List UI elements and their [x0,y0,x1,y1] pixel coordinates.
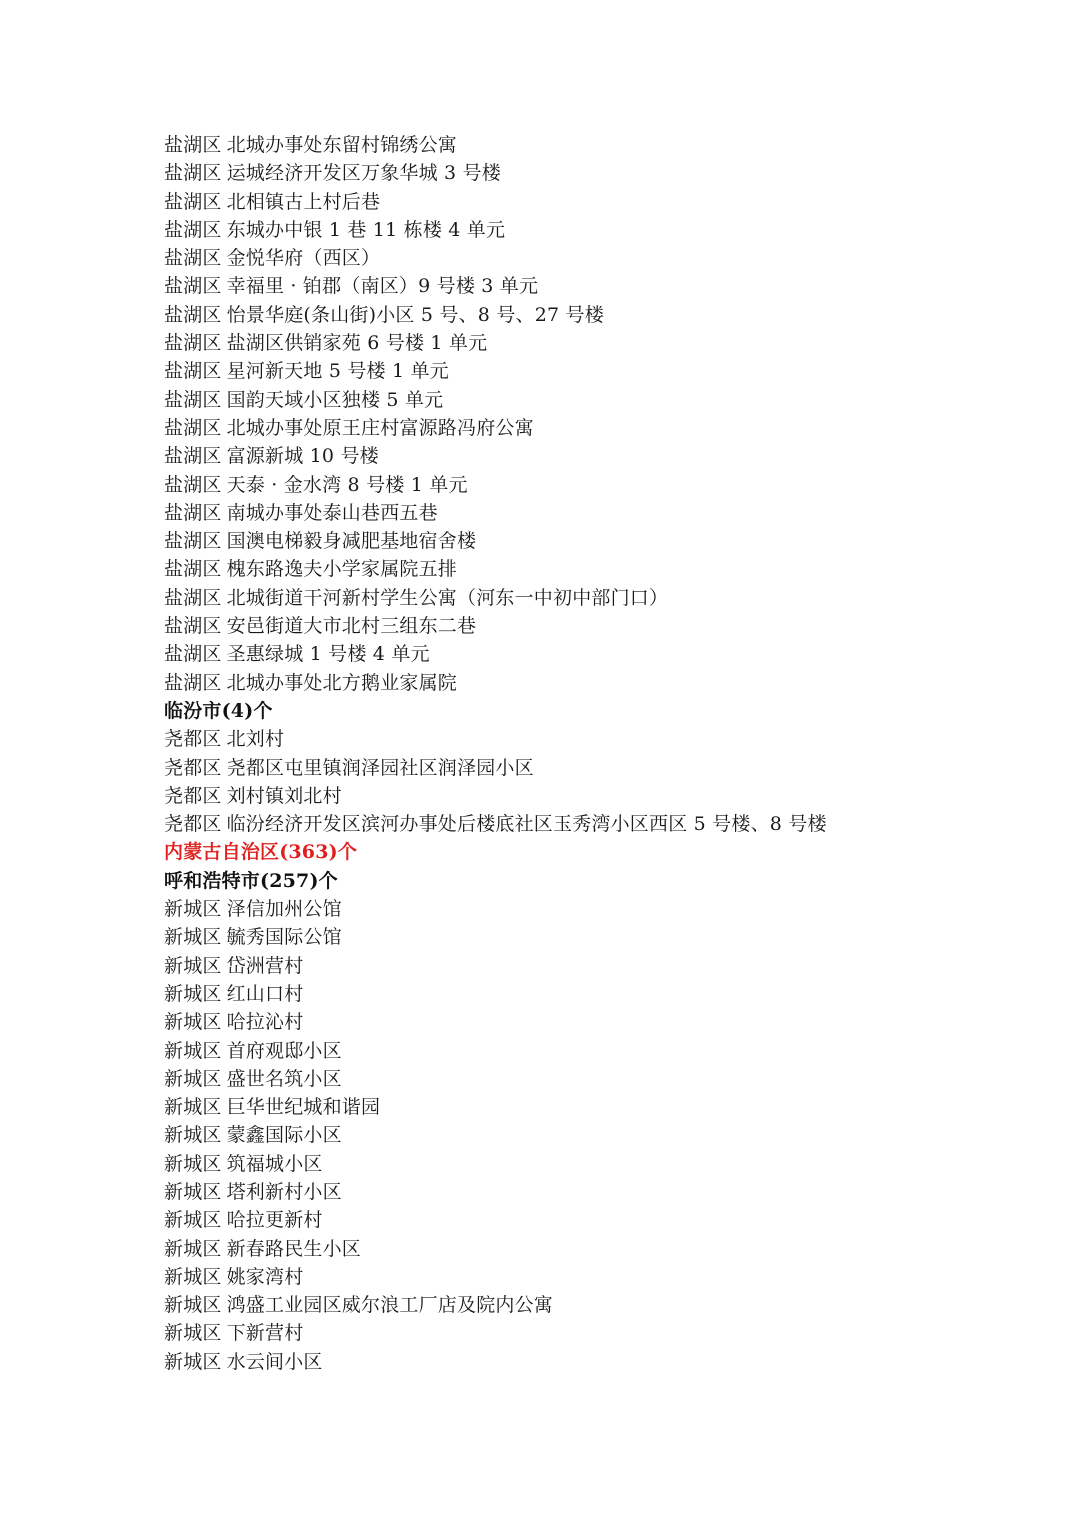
address-text: 刘村镇刘北村 [227,785,342,807]
district-name: 新城区 [164,1037,219,1065]
list-item: 新城区巨华世纪城和谐园 [164,1093,1044,1121]
address-text: 尧都区屯里镇润泽园社区润泽园小区 [227,757,534,779]
district-name: 盐湖区 [164,584,219,612]
district-name: 盐湖区 [164,612,219,640]
district-name: 盐湖区 [164,442,219,470]
list-item: 盐湖区安邑街道大市北村三组东二巷 [164,612,1044,640]
district-name: 盐湖区 [164,357,219,385]
district-name: 盐湖区 [164,471,219,499]
address-text: 北城街道干河新村学生公寓（河东一中初中部门口） [227,587,669,609]
address-text: 塔利新村小区 [227,1181,342,1203]
district-name: 新城区 [164,1348,219,1376]
district-name: 盐湖区 [164,386,219,414]
list-item: 新城区红山口村 [164,980,1044,1008]
list-item: 盐湖区北城办事处北方鹅业家属院 [164,669,1044,697]
district-name: 新城区 [164,1121,219,1149]
address-text: 北城办事处北方鹅业家属院 [227,672,457,694]
district-name: 新城区 [164,895,219,923]
list-item: 盐湖区富源新城 10 号楼 [164,442,1044,470]
address-text: 北相镇古上村后巷 [227,191,381,213]
district-name: 盐湖区 [164,301,219,329]
list-item: 新城区首府观邸小区 [164,1037,1044,1065]
list-item: 盐湖区幸福里 · 铂郡（南区）9 号楼 3 单元 [164,272,1044,300]
list-item: 新城区新春路民生小区 [164,1235,1044,1263]
district-name: 新城区 [164,1235,219,1263]
address-text: 国澳电梯毅身减肥基地宿舍楼 [227,530,477,552]
district-name: 盐湖区 [164,244,219,272]
district-name: 盐湖区 [164,640,219,668]
address-text: 哈拉更新村 [227,1209,323,1231]
list-item: 尧都区尧都区屯里镇润泽园社区润泽园小区 [164,754,1044,782]
document-page: 盐湖区北城办事处东留村锦绣公寓 盐湖区运城经济开发区万象华城 3 号楼 盐湖区北… [164,131,1044,1376]
address-text: 首府观邸小区 [227,1040,342,1062]
district-name: 盐湖区 [164,159,219,187]
list-item: 新城区盛世名筑小区 [164,1065,1044,1093]
address-text: 新春路民生小区 [227,1238,361,1260]
list-item: 新城区毓秀国际公馆 [164,923,1044,951]
list-item: 盐湖区国韵天域小区独楼 5 单元 [164,386,1044,414]
district-name: 新城区 [164,1093,219,1121]
district-name: 新城区 [164,980,219,1008]
address-text: 北城办事处东留村锦绣公寓 [227,134,457,156]
district-name: 盐湖区 [164,499,219,527]
list-item: 新城区鸿盛工业园区威尔浪工厂店及院内公寓 [164,1291,1044,1319]
address-text: 盐湖区供销家苑 6 号楼 1 单元 [227,332,488,354]
list-item: 新城区筑福城小区 [164,1150,1044,1178]
list-item: 盐湖区星河新天地 5 号楼 1 单元 [164,357,1044,385]
district-name: 盐湖区 [164,527,219,555]
district-name: 盐湖区 [164,272,219,300]
address-text: 安邑街道大市北村三组东二巷 [227,615,477,637]
address-text: 岱洲营村 [227,955,304,977]
address-text: 水云间小区 [227,1351,323,1373]
list-item: 盐湖区北城办事处原王庄村富源路冯府公寓 [164,414,1044,442]
address-text: 北城办事处原王庄村富源路冯府公寓 [227,417,534,439]
address-text: 幸福里 · 铂郡（南区）9 号楼 3 单元 [227,275,539,297]
district-name: 尧都区 [164,782,219,810]
list-item: 盐湖区怡景华庭(条山街)小区 5 号、8 号、27 号楼 [164,301,1044,329]
address-text: 巨华世纪城和谐园 [227,1096,381,1118]
district-name: 新城区 [164,1263,219,1291]
list-item: 新城区泽信加州公馆 [164,895,1044,923]
list-item: 盐湖区金悦华府（西区） [164,244,1044,272]
address-text: 临汾经济开发区滨河办事处后楼底社区玉秀湾小区西区 5 号楼、8 号楼 [227,813,827,835]
district-name: 尧都区 [164,754,219,782]
address-text: 毓秀国际公馆 [227,926,342,948]
list-item: 新城区哈拉沁村 [164,1008,1044,1036]
district-name: 盐湖区 [164,555,219,583]
district-name: 盐湖区 [164,669,219,697]
address-text: 姚家湾村 [227,1266,304,1288]
address-text: 圣惠绿城 1 号楼 4 单元 [227,643,430,665]
city-heading: 呼和浩特市(257)个 [164,867,1044,895]
list-item: 新城区塔利新村小区 [164,1178,1044,1206]
address-text: 泽信加州公馆 [227,898,342,920]
district-name: 盐湖区 [164,216,219,244]
district-name: 尧都区 [164,810,219,838]
list-item: 新城区下新营村 [164,1319,1044,1347]
district-name: 新城区 [164,1150,219,1178]
address-text: 槐东路逸夫小学家属院五排 [227,558,457,580]
list-item: 新城区哈拉更新村 [164,1206,1044,1234]
district-name: 尧都区 [164,725,219,753]
address-text: 怡景华庭(条山街)小区 5 号、8 号、27 号楼 [227,304,604,326]
address-text: 鸿盛工业园区威尔浪工厂店及院内公寓 [227,1294,553,1316]
list-item: 尧都区北刘村 [164,725,1044,753]
province-heading: 内蒙古自治区(363)个 [164,838,1044,866]
address-text: 南城办事处泰山巷西五巷 [227,502,438,524]
list-item: 盐湖区盐湖区供销家苑 6 号楼 1 单元 [164,329,1044,357]
address-text: 哈拉沁村 [227,1011,304,1033]
list-item: 新城区蒙鑫国际小区 [164,1121,1044,1149]
list-item: 盐湖区北城街道干河新村学生公寓（河东一中初中部门口） [164,584,1044,612]
address-text: 蒙鑫国际小区 [227,1124,342,1146]
address-text: 国韵天域小区独楼 5 单元 [227,389,444,411]
list-item: 盐湖区槐东路逸夫小学家属院五排 [164,555,1044,583]
list-item: 盐湖区国澳电梯毅身减肥基地宿舍楼 [164,527,1044,555]
list-item: 新城区水云间小区 [164,1348,1044,1376]
list-item: 新城区姚家湾村 [164,1263,1044,1291]
address-text: 盛世名筑小区 [227,1068,342,1090]
list-item: 盐湖区天泰 · 金水湾 8 号楼 1 单元 [164,471,1044,499]
district-name: 新城区 [164,1065,219,1093]
address-text: 运城经济开发区万象华城 3 号楼 [227,162,501,184]
list-item: 盐湖区东城办中银 1 巷 11 栋楼 4 单元 [164,216,1044,244]
list-item: 尧都区临汾经济开发区滨河办事处后楼底社区玉秀湾小区西区 5 号楼、8 号楼 [164,810,1044,838]
address-text: 东城办中银 1 巷 11 栋楼 4 单元 [227,219,506,241]
district-name: 盐湖区 [164,188,219,216]
district-name: 盐湖区 [164,131,219,159]
district-name: 新城区 [164,1319,219,1347]
district-name: 盐湖区 [164,414,219,442]
city-heading: 临汾市(4)个 [164,697,1044,725]
address-text: 金悦华府（西区） [227,247,381,269]
address-text: 星河新天地 5 号楼 1 单元 [227,360,449,382]
address-text: 红山口村 [227,983,304,1005]
address-text: 下新营村 [227,1322,304,1344]
district-name: 新城区 [164,1178,219,1206]
district-name: 新城区 [164,1008,219,1036]
address-text: 筑福城小区 [227,1153,323,1175]
list-item: 盐湖区北相镇古上村后巷 [164,188,1044,216]
district-name: 新城区 [164,1206,219,1234]
list-item: 盐湖区北城办事处东留村锦绣公寓 [164,131,1044,159]
district-name: 新城区 [164,952,219,980]
district-name: 新城区 [164,1291,219,1319]
list-item: 盐湖区运城经济开发区万象华城 3 号楼 [164,159,1044,187]
district-name: 盐湖区 [164,329,219,357]
district-name: 新城区 [164,923,219,951]
list-item: 盐湖区圣惠绿城 1 号楼 4 单元 [164,640,1044,668]
list-item: 新城区岱洲营村 [164,952,1044,980]
address-text: 天泰 · 金水湾 8 号楼 1 单元 [227,474,468,496]
address-text: 富源新城 10 号楼 [227,445,379,467]
address-text: 北刘村 [227,728,285,750]
list-item: 尧都区刘村镇刘北村 [164,782,1044,810]
list-item: 盐湖区南城办事处泰山巷西五巷 [164,499,1044,527]
